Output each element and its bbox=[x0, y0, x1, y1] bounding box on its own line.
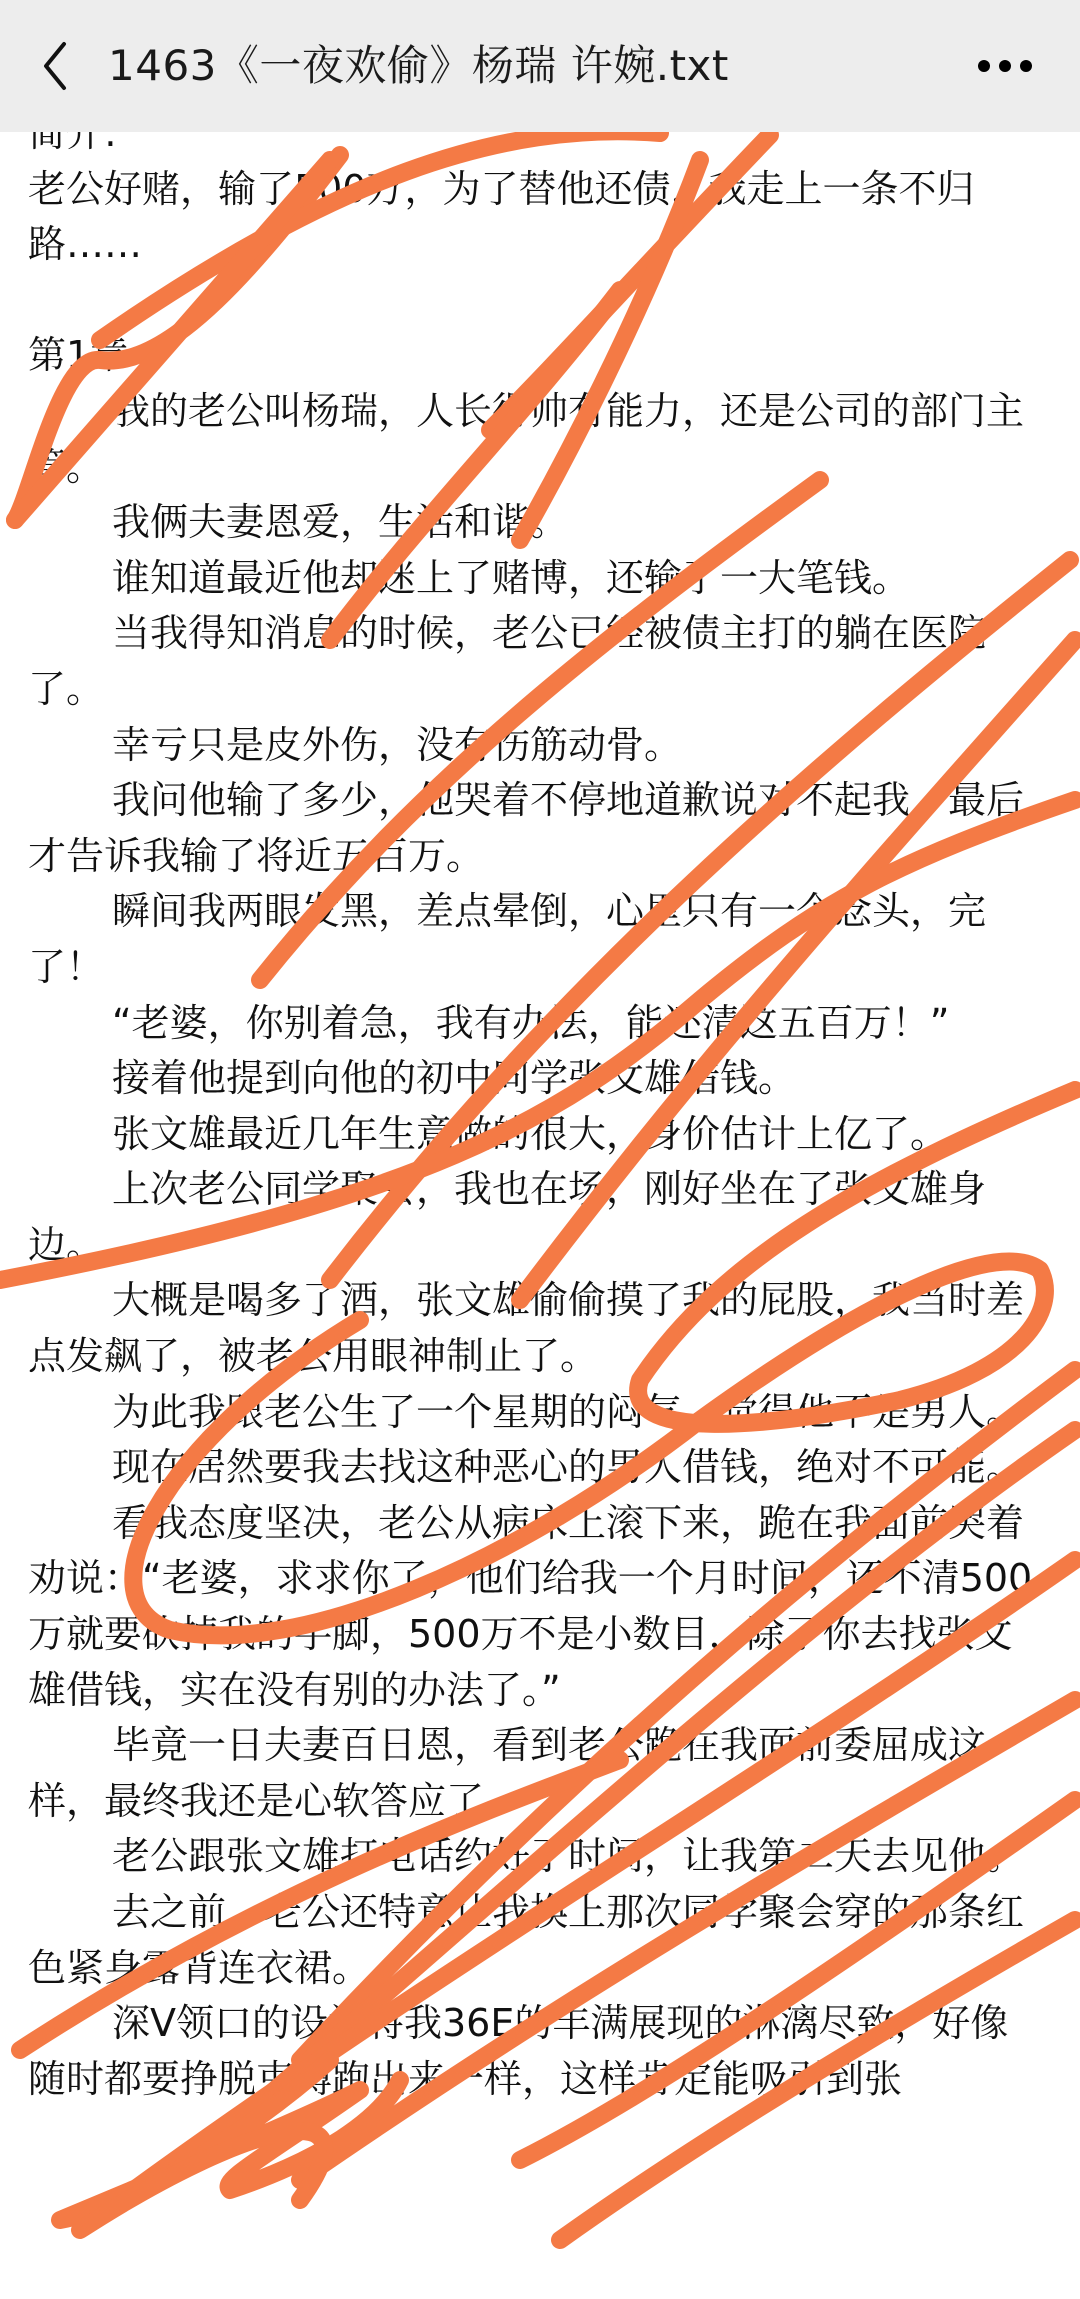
paragraph: 毕竟一日夫妻百日恩，看到老公跪在我面前委屈成这样，最终我还是心软答应了。 bbox=[28, 1718, 1038, 1829]
paragraph: 幸亏只是皮外伤，没有伤筋动骨。 bbox=[28, 718, 1038, 774]
more-dot-icon bbox=[999, 60, 1011, 72]
document-title: 1463《一夜欢偷》杨瑞 许婉.txt bbox=[108, 38, 729, 94]
paragraph: 老公跟张文雄打电话约好了时间，让我第二天去见他。 bbox=[28, 1829, 1038, 1885]
paragraph: 我的老公叫杨瑞，人长得帅有能力，还是公司的部门主管。 bbox=[28, 384, 1038, 495]
paragraph: 深V领口的设计将我36E的丰满展现的淋漓尽致，好像随时都要挣脱束缚跑出来一样，这… bbox=[28, 1996, 1038, 2107]
chevron-left-icon bbox=[40, 40, 70, 92]
paragraph: 大概是喝多了酒，张文雄偷偷摸了我的屁股，我当时差点发飙了，被老公用眼神制止了。 bbox=[28, 1273, 1038, 1384]
back-button[interactable] bbox=[30, 38, 80, 94]
paragraph: 当我得知消息的时候，老公已经被债主打的躺在医院了。 bbox=[28, 606, 1038, 717]
top-app-bar: 1463《一夜欢偷》杨瑞 许婉.txt bbox=[0, 0, 1080, 132]
paragraph: 我问他输了多少，他哭着不停地道歉说对不起我，最后才告诉我输了将近五百万。 bbox=[28, 773, 1038, 884]
paragraph: 去之前，老公还特意让我换上那次同学聚会穿的那条红色紧身露背连衣裙。 bbox=[28, 1885, 1038, 1996]
paragraph: 上次老公同学聚会，我也在场，刚好坐在了张文雄身边。 bbox=[28, 1162, 1038, 1273]
more-dot-icon bbox=[1020, 60, 1032, 72]
intro-label: 简介: bbox=[28, 132, 1038, 162]
paragraph: 看我态度坚决，老公从病床上滚下来，跪在我面前哭着劝说：“老婆，求求你了，他们给我… bbox=[28, 1496, 1038, 1718]
more-options-button[interactable] bbox=[970, 44, 1040, 88]
paragraph: 谁知道最近他却迷上了赌博，还输了一大笔钱。 bbox=[28, 551, 1038, 607]
paragraph: 为此我跟老公生了一个星期的闷气，觉得他不是男人。 bbox=[28, 1385, 1038, 1441]
paragraph: “老婆，你别着急，我有办法，能还清这五百万！” bbox=[28, 996, 1038, 1052]
paragraph: 现在居然要我去找这种恶心的男人借钱，绝对不可能。 bbox=[28, 1440, 1038, 1496]
chapter-title: 第1章 bbox=[28, 328, 1038, 384]
paragraph: 张文雄最近几年生意做的很大，身价估计上亿了。 bbox=[28, 1107, 1038, 1163]
paragraph: 我俩夫妻恩爱，生活和谐。 bbox=[28, 495, 1038, 551]
paragraph: 瞬间我两眼发黑，差点晕倒，心里只有一个念头，完了！ bbox=[28, 884, 1038, 995]
intro-text: 老公好赌，输了500万，为了替他还债，我走上一条不归路…… bbox=[28, 162, 1038, 273]
paragraph: 接着他提到向他的初中同学张文雄借钱。 bbox=[28, 1051, 1038, 1107]
blank-line bbox=[28, 273, 1038, 329]
document-text: 简介: 老公好赌，输了500万，为了替他还债，我走上一条不归路…… 第1章 我的… bbox=[28, 132, 1038, 2107]
document-content[interactable]: 简介: 老公好赌，输了500万，为了替他还债，我走上一条不归路…… 第1章 我的… bbox=[0, 132, 1080, 2299]
more-dot-icon bbox=[978, 60, 990, 72]
